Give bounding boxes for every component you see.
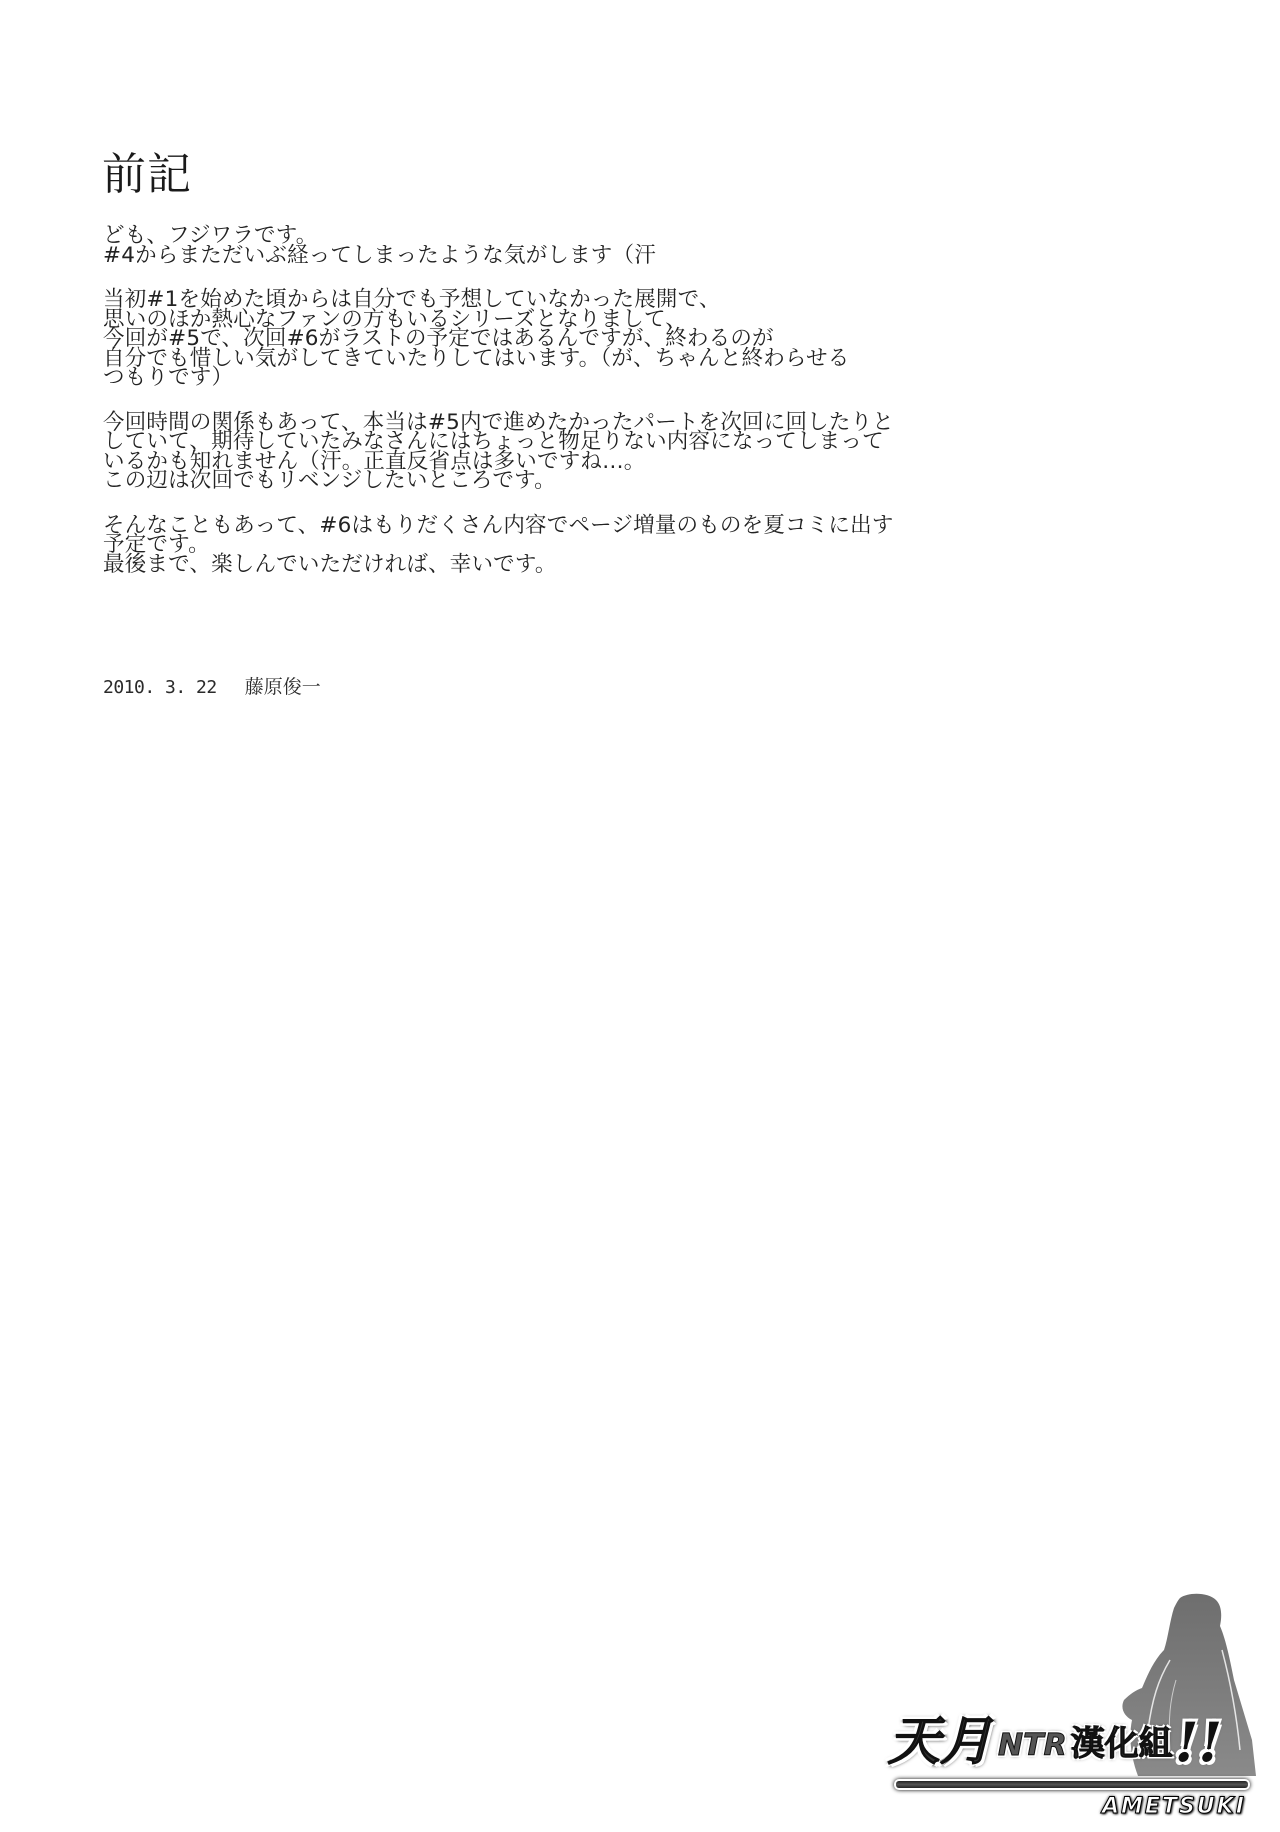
text-line: そんなこともあって、#6はもりだくさん内容でページ増量のものを夏コミに出す — [103, 516, 943, 536]
logo-kanji-main: 天月 — [888, 1711, 992, 1772]
text-line: #4からまただいぶ経ってしまったような気がします（汗 — [103, 246, 943, 266]
signature-date: 2010. 3. 22 — [103, 677, 217, 698]
logo-subtitle: AMETSUKI — [1102, 1794, 1246, 1820]
signature-author: 藤原俊一 — [245, 676, 321, 698]
page-title: 前記 — [102, 150, 192, 200]
document-page: 前記 ども、フジワラです。 #4からまただいぶ経ってしまったような気がします（汗… — [0, 0, 1280, 1832]
text-line: 最後まで、楽しんでいただければ、幸いです。 — [103, 555, 943, 575]
logo-exclamation: !! — [1175, 1710, 1222, 1774]
foreword-body: ども、フジワラです。 #4からまただいぶ経ってしまったような気がします（汗 当初… — [103, 226, 943, 599]
logo-underline — [896, 1781, 1248, 1788]
paragraph-series: 当初#1を始めた頃からは自分でも予想していなかった展開で、 思いのほか熱心なファ… — [103, 290, 943, 388]
signature: 2010. 3. 22 藤原俊一 — [103, 676, 321, 699]
scanlation-group-logo: 天月NTR漢化組!! AMETSUKI — [880, 1590, 1280, 1832]
paragraph-closing: そんなこともあって、#6はもりだくさん内容でページ増量のものを夏コミに出す 予定… — [103, 516, 943, 575]
text-line: この辺は次回でもリベンジしたいところです。 — [103, 471, 943, 491]
paragraph-greeting: ども、フジワラです。 #4からまただいぶ経ってしまったような気がします（汗 — [103, 226, 943, 265]
paragraph-reflection: 今回時間の関係もあって、本当は#5内で進めたかったパートを次回に回したりと して… — [103, 413, 943, 491]
logo-wordmark: 天月NTR漢化組!! — [888, 1714, 1222, 1770]
logo-kanji-group: 漢化組 — [1071, 1724, 1173, 1764]
text-line: つもりです） — [103, 368, 943, 388]
logo-ntr: NTR — [998, 1728, 1067, 1763]
